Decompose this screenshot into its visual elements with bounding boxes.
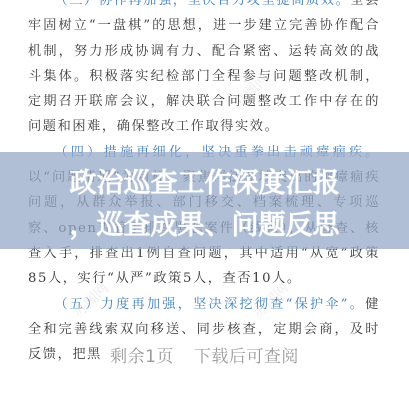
overlay-title-line2: ，巡查成果、问题反思: [0, 206, 409, 246]
overlay-title-line1: 政治巡查工作深度汇报: [0, 164, 409, 204]
download-hint-label: 下载后可查阅: [194, 347, 299, 367]
paragraph-3: （三）协作再加强，坚决合力攻坚提高质效。全县牢固树立“一盘棋”的思想，进一步建立…: [28, 0, 380, 140]
remaining-pages-label: 剩余1页: [110, 347, 174, 367]
section-heading-5: （五）力度再加强，坚决深挖彻查“保护伞”。: [54, 297, 365, 312]
download-prompt[interactable]: 剩余1页下载后可查阅: [0, 342, 409, 367]
paragraph-3-body: 全县牢固树立“一盘棋”的思想，进一步建立完善协作配合机制，努力形成协调有力、配合…: [28, 0, 380, 134]
section-heading-3: （三）协作再加强，坚决合力攻坚提高质效。: [54, 0, 350, 8]
document-page: （三）协作再加强，坚决合力攻坚提高质效。全县牢固树立“一盘棋”的思想，进一步建立…: [0, 0, 409, 400]
